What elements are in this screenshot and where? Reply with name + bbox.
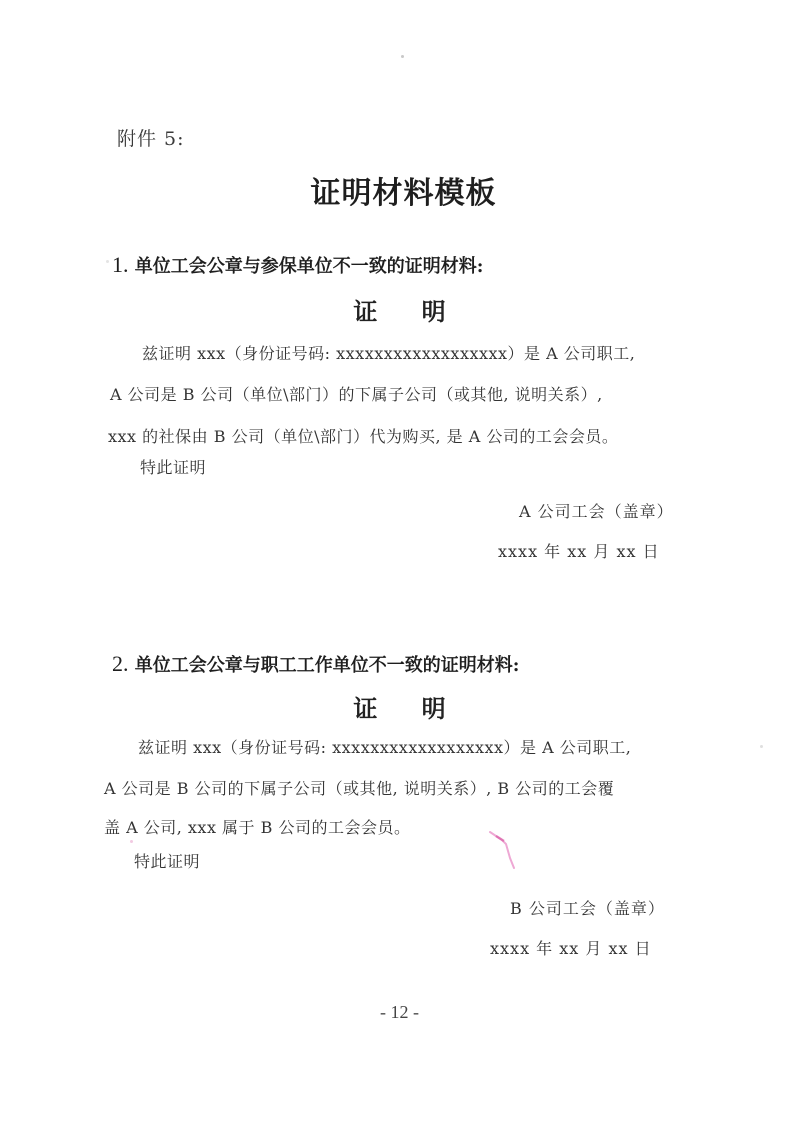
signatory: B 公司工会（盖章）: [510, 896, 665, 919]
body-line: A 公司是 B 公司的下属子公司（或其他, 说明关系）, B 公司的工会覆: [104, 776, 614, 799]
section-heading-text: 单位工会公章与职工工作单位不一致的证明材料:: [135, 655, 520, 676]
body-line: 兹证明 xxx（身份证号码: xxxxxxxxxxxxxxxxxx）是 A 公司…: [142, 341, 635, 364]
body-line: xxx 的社保由 B 公司（单位\部门）代为购买, 是 A 公司的工会会员。: [108, 424, 618, 447]
certificate-title: 证 明: [0, 689, 799, 724]
signatory: A 公司工会（盖章）: [519, 499, 674, 522]
section-heading: 2. 单位工会公章与职工工作单位不一致的证明材料:: [112, 651, 519, 677]
body-line: A 公司是 B 公司（单位\部门）的下属子公司（或其他, 说明关系）,: [110, 382, 603, 405]
section-heading-text: 单位工会公章与参保单位不一致的证明材料:: [135, 256, 484, 277]
stamp-trace-mark: [488, 828, 522, 872]
closing-text: 特此证明: [140, 455, 206, 478]
scan-speck: [760, 745, 763, 748]
section-number: 1.: [112, 252, 129, 277]
scan-speck: [401, 55, 404, 58]
closing-text: 特此证明: [134, 849, 200, 872]
date-line: xxxx 年 xx 月 xx 日: [498, 539, 660, 562]
page-number: - 12 -: [0, 1002, 799, 1023]
attachment-label: 附件 5:: [117, 124, 185, 151]
page-title: 证明材料模板: [0, 168, 799, 212]
scan-speck: [106, 260, 109, 263]
section-number: 2.: [112, 651, 129, 676]
certificate-title: 证 明: [0, 292, 799, 327]
body-line: 兹证明 xxx（身份证号码: xxxxxxxxxxxxxxxxxx）是 A 公司…: [138, 735, 631, 758]
date-line: xxxx 年 xx 月 xx 日: [490, 936, 652, 959]
body-line: 盖 A 公司, xxx 属于 B 公司的工会会员。: [104, 815, 411, 838]
scan-speck: [130, 840, 133, 843]
section-heading: 1. 单位工会公章与参保单位不一致的证明材料:: [112, 252, 483, 278]
